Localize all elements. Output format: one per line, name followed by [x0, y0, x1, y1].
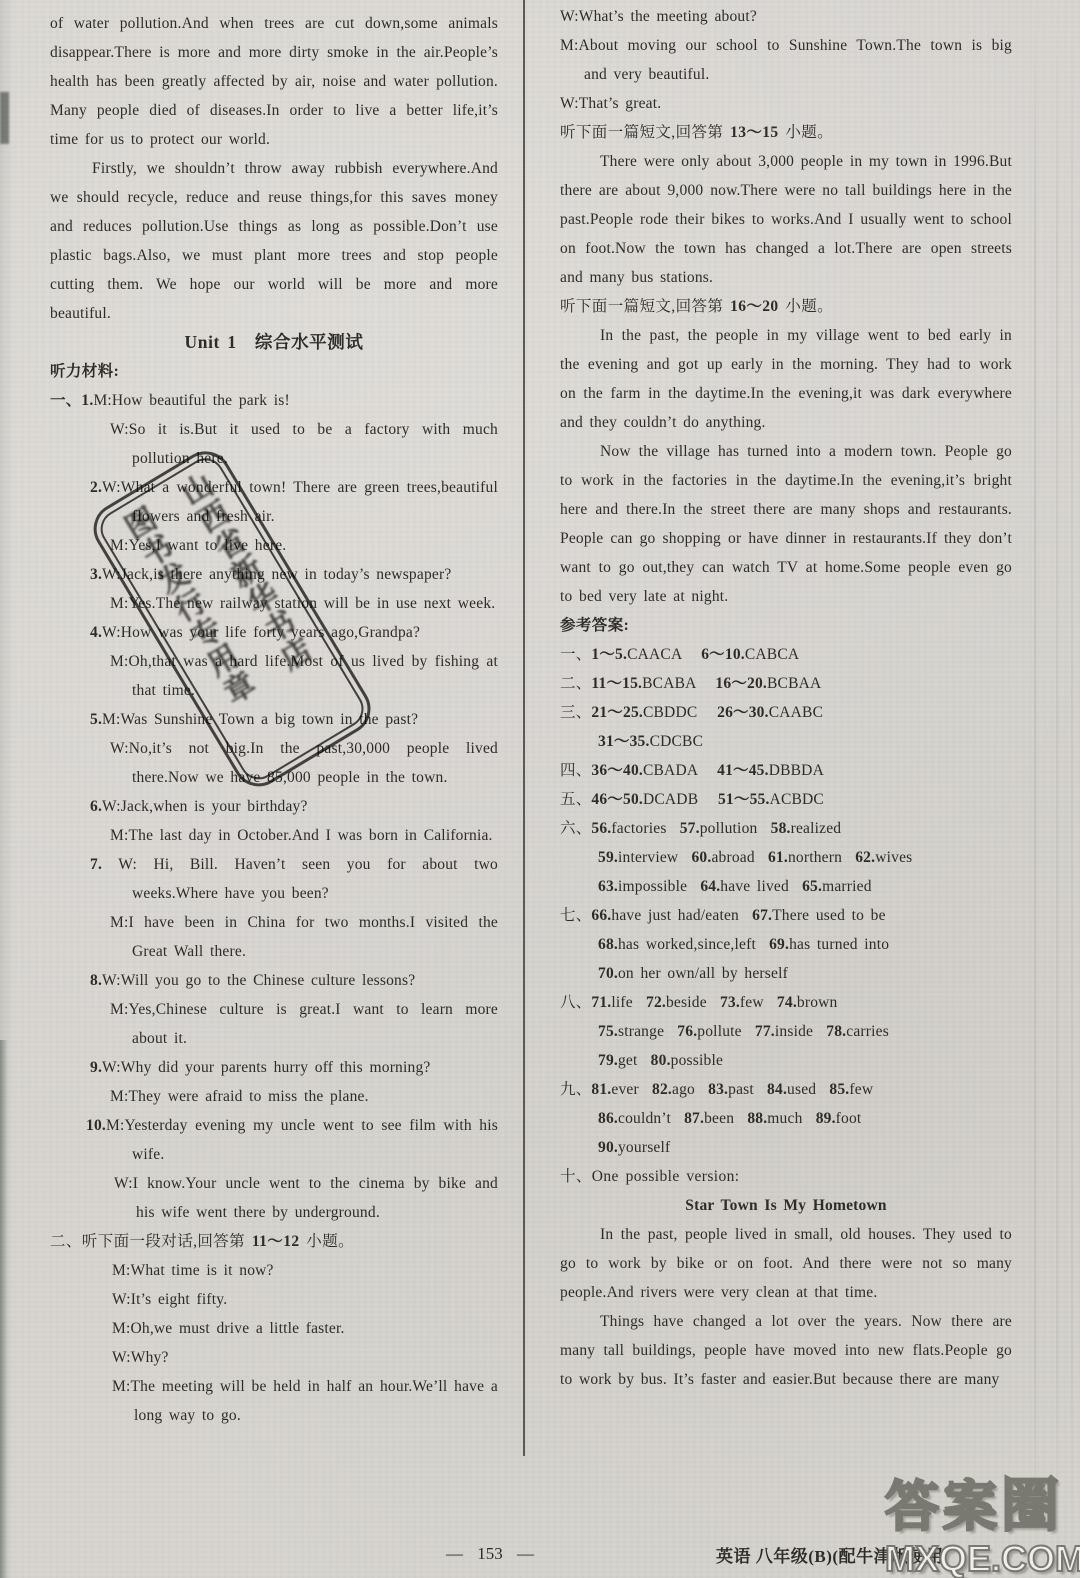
paper-crease — [1071, 0, 1073, 1578]
text-line: W:It’s eight fifty. — [112, 1285, 498, 1314]
paper-crease — [1034, 0, 1036, 1578]
text-line: W:That’s great. — [560, 89, 1012, 118]
listening-material-label: 听力材料: — [50, 357, 498, 386]
text-line: In the past, the people in my village we… — [560, 321, 1012, 437]
text-line: Firstly, we shouldn’t throw away rubbish… — [50, 154, 498, 328]
column-divider — [523, 0, 525, 1456]
watermark-brand-text: 答案 — [885, 1477, 1001, 1537]
text-line: In the past, people lived in small, old … — [560, 1220, 1012, 1307]
text-line: W:Why? — [112, 1343, 498, 1372]
text-line: 68.has worked,since,left 69.has turned i… — [598, 930, 1012, 959]
text-line: 四、36～40.CBADA 41～45.DBBDA — [560, 756, 1012, 785]
page-number: — 153 — — [400, 1544, 580, 1564]
text-line: 八、71.life 72.beside 73.few 74.brown — [560, 988, 1012, 1017]
text-line: W:I know.Your uncle went to the cinema b… — [114, 1169, 498, 1227]
scan-smudge — [0, 92, 9, 144]
text-line: M:The last day in October.And I was born… — [110, 821, 498, 850]
text-line: W:So it is.But it used to be a factory w… — [110, 415, 498, 473]
text-line: 听下面一篇短文,回答第 16～20 小题。 — [560, 292, 1012, 321]
watermark-site: MXQE.COM — [885, 1538, 1080, 1578]
answers-label: 参考答案: — [560, 611, 1012, 640]
text-line: Things have changed a lot over the years… — [560, 1307, 1012, 1394]
section-heading: Unit 1 综合水平测试 — [50, 328, 498, 357]
text-line: M:The meeting will be held in half an ho… — [112, 1372, 498, 1430]
text-line: M:Oh,we must drive a little faster. — [112, 1314, 498, 1343]
text-line: 听下面一篇短文,回答第 13～15 小题。 — [560, 118, 1012, 147]
watermark-brand: 答案圈 — [885, 1476, 1080, 1537]
paper-crease — [1056, 0, 1058, 1578]
text-line: M:What time is it now? — [112, 1256, 498, 1285]
text-line: M:I have been in China for two months.I … — [110, 908, 498, 966]
text-line: Now the village has turned into a modern… — [560, 437, 1012, 611]
gutter-shadow — [0, 1040, 8, 1578]
watermark-circle-glyph: 圈 — [1001, 1473, 1063, 1538]
text-line: 7. W: Hi, Bill. Haven’t seen you for abo… — [90, 850, 498, 908]
text-line: 59.interview 60.abroad 61.northern 62.wi… — [598, 843, 1012, 872]
answerquan-watermark: 答案圈 MXQE.COM — [885, 1476, 1080, 1578]
text-line: 一、1～5.CAACA 6～10.CABCA — [560, 640, 1012, 669]
text-line: M:About moving our school to Sunshine To… — [560, 31, 1012, 89]
text-line: 二、听下面一段对话,回答第 11～12 小题。 — [50, 1227, 498, 1256]
text-line: of water pollution.And when trees are cu… — [50, 9, 498, 154]
text-line: W:What’s the meeting about? — [560, 2, 1012, 31]
text-line: 75.strange 76.pollute 77.inside 78.carri… — [598, 1017, 1012, 1046]
scanned-answer-page: of water pollution.And when trees are cu… — [0, 0, 1080, 1578]
text-line: 九、81.ever 82.ago 83.past 84.used 85.few — [560, 1075, 1012, 1104]
text-line: 一、1.M:How beautiful the park is! — [50, 386, 498, 415]
text-line: 三、21～25.CBDDC 26～30.CAABC — [560, 698, 1012, 727]
essay-title: Star Town Is My Hometown — [560, 1191, 1012, 1220]
text-line: 8.W:Will you go to the Chinese culture l… — [90, 966, 498, 995]
text-line: 70.on her own/all by herself — [598, 959, 1012, 988]
text-line: M:They were afraid to miss the plane. — [110, 1082, 498, 1111]
text-line: 六、56.factories 57.pollution 58.realized — [560, 814, 1012, 843]
text-line: 86.couldn’t 87.been 88.much 89.foot — [598, 1104, 1012, 1133]
text-line: 6.W:Jack,when is your birthday? — [90, 792, 498, 821]
text-line: 31～35.CDCBC — [598, 727, 1012, 756]
text-line: 63.impossible 64.have lived 65.married — [598, 872, 1012, 901]
text-line: 七、66.have just had/eaten 67.There used t… — [560, 901, 1012, 930]
right-column: W:What’s the meeting about?M:About movin… — [560, 2, 1012, 1394]
text-line: 79.get 80.possible — [598, 1046, 1012, 1075]
text-line: There were only about 3,000 people in my… — [560, 147, 1012, 292]
text-line: 二、11～15.BCABA 16～20.BCBAA — [560, 669, 1012, 698]
text-line: M:Yes,Chinese culture is great.I want to… — [110, 995, 498, 1053]
text-line: 9.W:Why did your parents hurry off this … — [90, 1053, 498, 1082]
text-line: 10.M:Yesterday evening my uncle went to … — [86, 1111, 498, 1169]
text-line: 90.yourself — [598, 1133, 1012, 1162]
text-line: 十、One possible version: — [560, 1162, 1012, 1191]
text-line: 五、46～50.DCADB 51～55.ACBDC — [560, 785, 1012, 814]
